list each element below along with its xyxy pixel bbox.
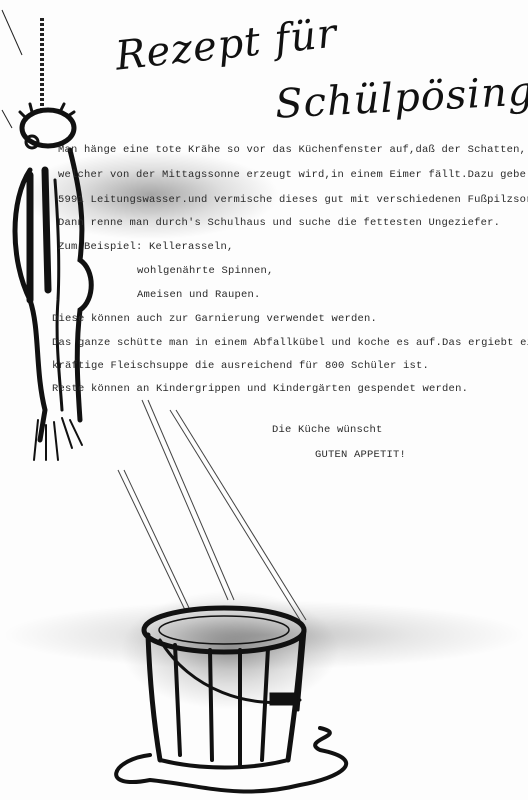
hanging-figure-drawing [15, 104, 91, 460]
body-line: Diese können auch zur Garnierung verwend… [52, 313, 377, 325]
body-line: Das ganze schütte man in einem Abfallküb… [52, 337, 528, 349]
illustrations [0, 0, 528, 800]
bucket-drawing [116, 608, 346, 791]
body-line: 5991 Leitungswasser.und vermische dieses… [58, 194, 528, 206]
body-line: Ameisen und Raupen. [137, 289, 261, 301]
body-line: Man hänge eine tote Krähe so vor das Küc… [58, 144, 526, 156]
body-line: Reste können an Kindergrippen und Kinder… [52, 383, 468, 395]
body-line: Zum Beispiel: Kellerasseln, [58, 241, 234, 253]
body-line: Dann renne man durch's Schulhaus und suc… [58, 217, 500, 229]
closing-greeting: GUTEN APPETIT! [315, 449, 406, 461]
closing-line: Die Küche wünscht [272, 424, 383, 436]
body-line: wohlgenährte Spinnen, [137, 265, 274, 277]
body-line: kräftige Fleischsuppe die ausreichend fü… [52, 360, 429, 372]
scanned-page: Rezept für Schülpösing Man hänge eine to… [0, 0, 528, 800]
body-line: welcher von der Mittagssonne erzeugt wir… [58, 169, 528, 181]
